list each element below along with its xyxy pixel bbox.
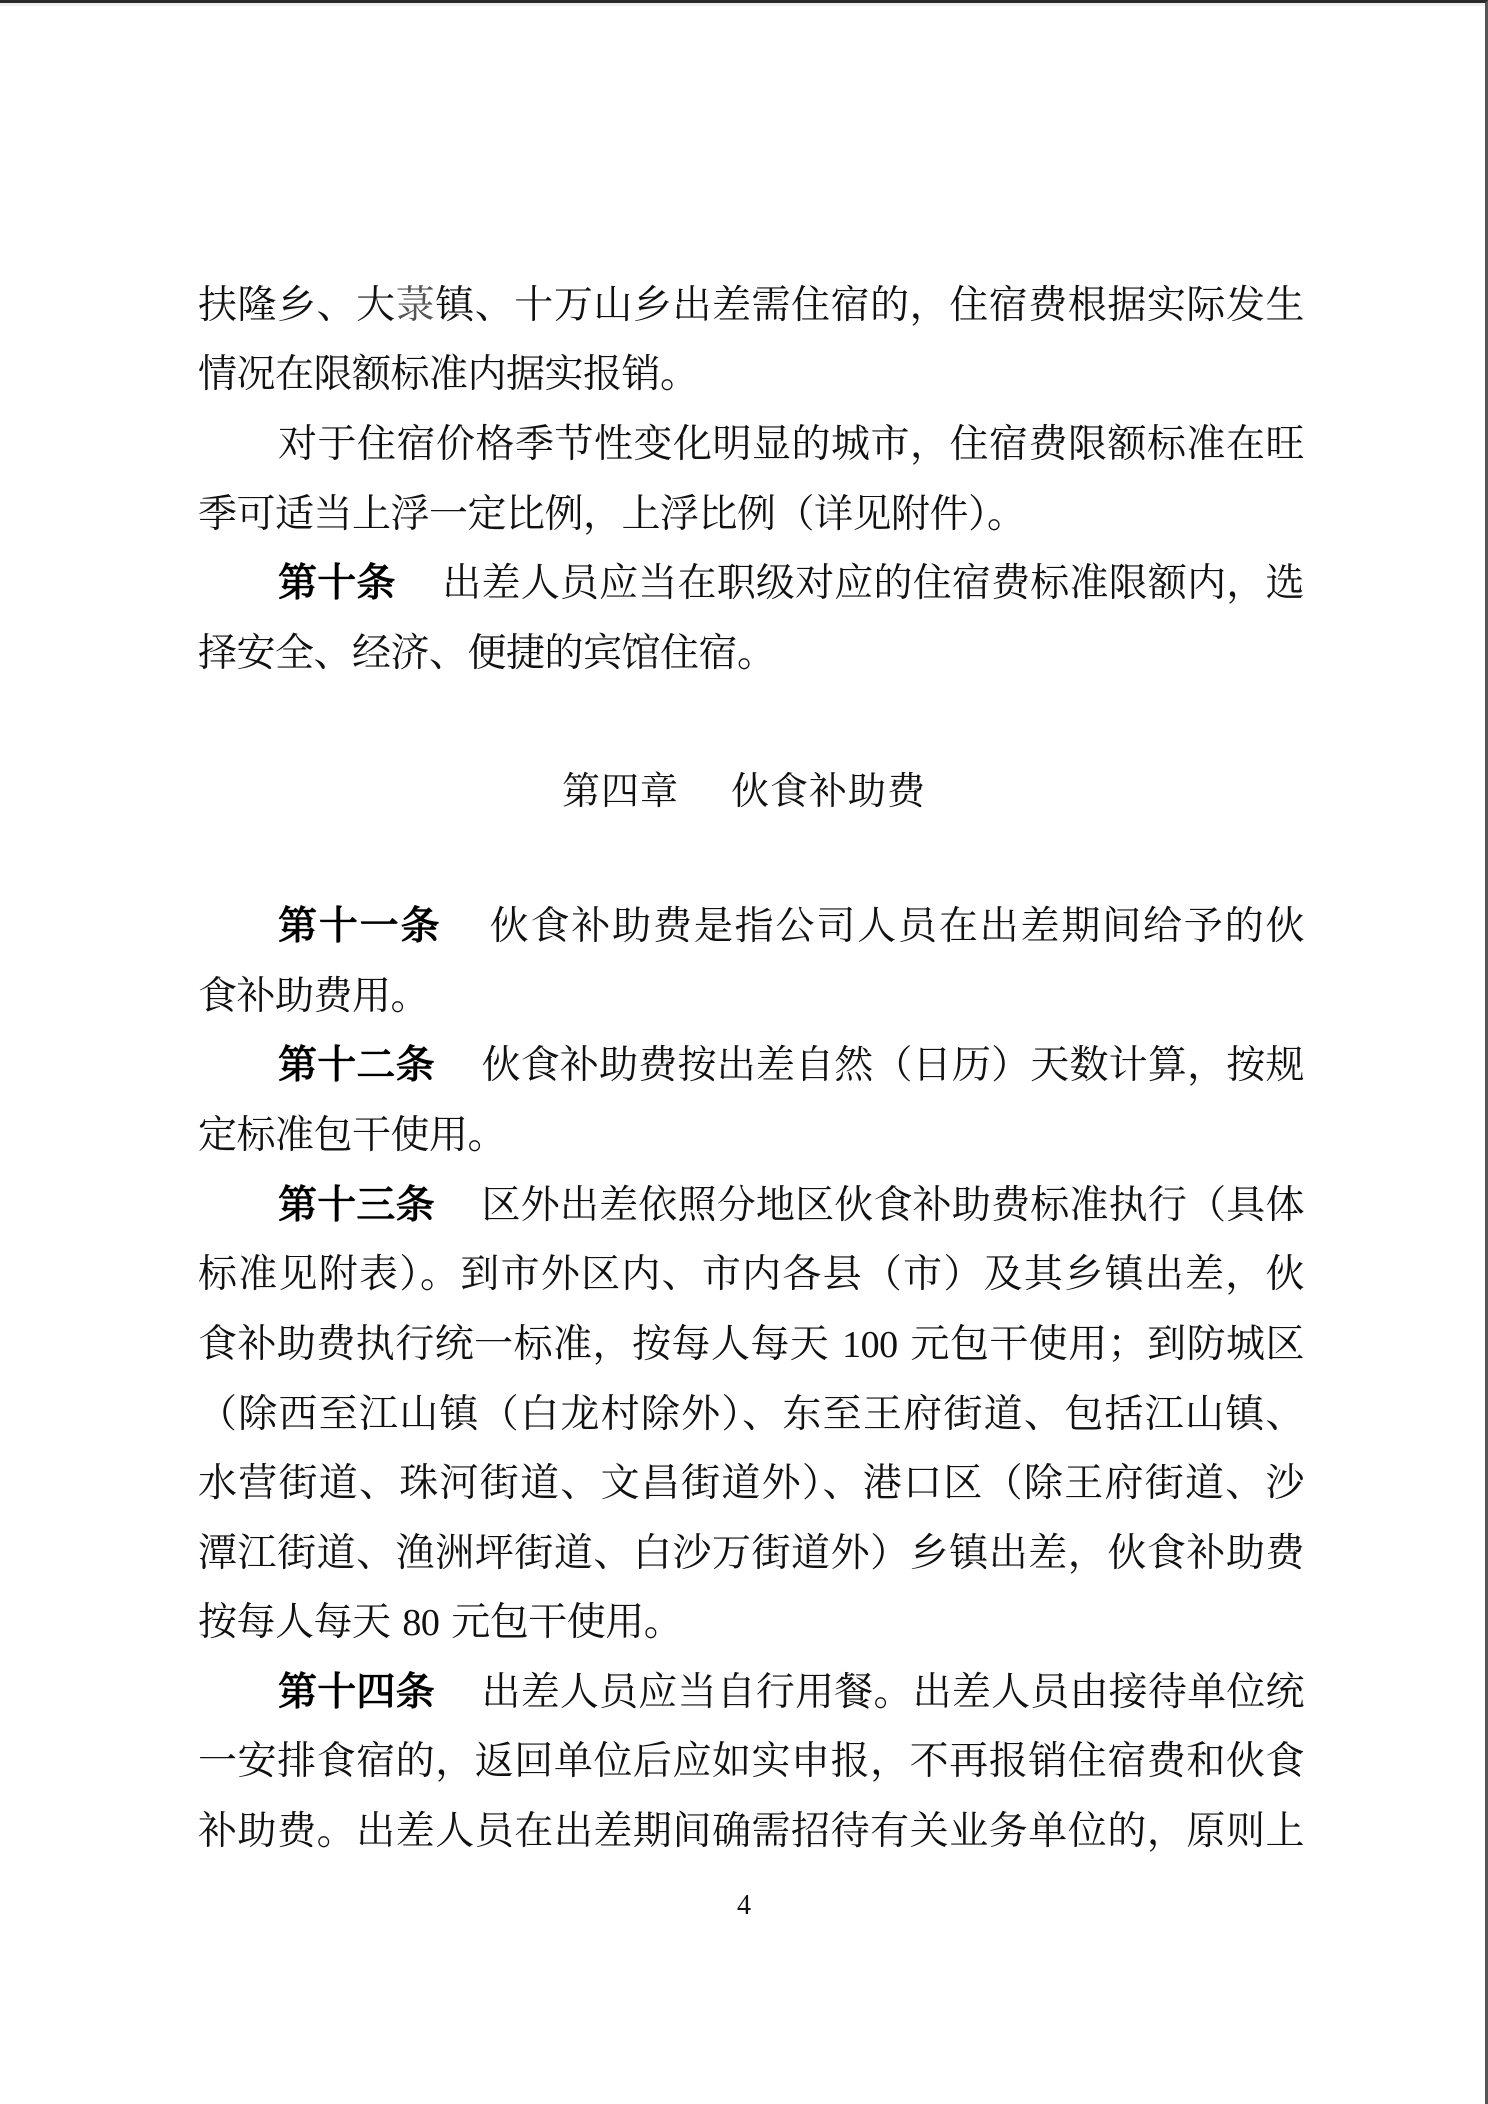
body-line: 潭江街道、渔洲坪街道、白沙万街道外）乡镇出差，伙食补助费 <box>198 1531 1304 1577</box>
article-label: 第十二条 <box>278 1043 435 1088</box>
body-line: 标准见附表）。到市外区内、市内各县（市）及其乡镇出差，伙 <box>198 1252 1304 1298</box>
article-label: 第十条 <box>278 561 396 606</box>
body-line: 食补助费用。 <box>198 974 1304 1020</box>
body-line: 按每人每天 80 元包干使用。 <box>198 1600 1304 1646</box>
article-12-line: 第十二条伙食补助费按出差自然（日历）天数计算，按规 <box>278 1043 1304 1089</box>
chapter-number: 第四章 <box>562 769 679 813</box>
amount-80: 80 <box>402 1602 439 1644</box>
article-11-line: 第十一条伙食补助费是指公司人员在出差期间给予的伙 <box>278 904 1304 950</box>
body-line: 水营街道、珠河街道、文昌街道外）、港口区（除王府街道、沙 <box>198 1461 1304 1507</box>
document-page: 扶隆乡、大菉镇、十万山乡出差需住宿的，住宿费根据实际发生 情况在限额标准内据实报… <box>0 0 1488 2104</box>
article-13-line: 第十三条区外出差依照分地区伙食补助费标准执行（具体 <box>278 1183 1304 1229</box>
body-line: 扶隆乡、大菉镇、十万山乡出差需住宿的，住宿费根据实际发生 <box>198 283 1304 329</box>
body-line: （除西至江山镇（白龙村除外）、东至王府街道、包括江山镇、 <box>198 1392 1304 1438</box>
text-run: 出差人员应当自行用餐。出差人员由接待单位统 <box>481 1670 1304 1715</box>
body-line: 定标准包干使用。 <box>198 1113 1304 1159</box>
text-run: 元包干使用；到防城区 <box>898 1322 1304 1367</box>
article-14-line: 第十四条出差人员应当自行用餐。出差人员由接待单位统 <box>278 1670 1304 1716</box>
article-label: 第十三条 <box>278 1183 435 1228</box>
body-line: 择安全、经济、便捷的宾馆住宿。 <box>198 631 1304 677</box>
body-line: 补助费。出差人员在出差期间确需招待有关业务单位的，原则上 <box>198 1809 1304 1855</box>
body-line: 对于住宿价格季节性变化明显的城市，住宿费限额标准在旺 <box>278 422 1304 468</box>
body-line: 食补助费执行统一标准，按每人每天 100 元包干使用；到防城区 <box>198 1322 1304 1368</box>
chapter-heading: 第四章伙食补助费 <box>0 768 1488 814</box>
text-run: 元包干使用。 <box>439 1600 682 1645</box>
text-run: 伙食补助费按出差自然（日历）天数计算，按规 <box>481 1043 1304 1088</box>
body-line: 一安排食宿的，返回单位后应如实申报，不再报销住宿费和伙食 <box>198 1739 1304 1785</box>
body-line: 季可适当上浮一定比例，上浮比例（详见附件）。 <box>198 492 1304 538</box>
page-number: 4 <box>0 1891 1488 1921</box>
amount-100: 100 <box>842 1324 898 1366</box>
text-run: 伙食补助费是指公司人员在出差期间给予的伙 <box>487 904 1304 949</box>
article-label: 第十四条 <box>278 1670 435 1715</box>
text-run: 按每人每天 <box>198 1600 402 1645</box>
chapter-title: 伙食补助费 <box>731 769 926 813</box>
body-line: 情况在限额标准内据实报销。 <box>198 352 1304 398</box>
text-run: 扶隆乡、大 <box>198 283 396 328</box>
text-run: 镇、十万山乡出差需住宿的，住宿费根据实际发生 <box>435 283 1304 328</box>
article-label: 第十一条 <box>278 904 441 949</box>
text-run: 出差人员应当在职级对应的住宿费标准限额内，选 <box>442 561 1304 606</box>
rare-character: 菉 <box>396 283 436 328</box>
article-10-line: 第十条出差人员应当在职级对应的住宿费标准限额内，选 <box>278 561 1304 607</box>
text-run: 区外出差依照分地区伙食补助费标准执行（具体 <box>481 1183 1304 1228</box>
text-run: 食补助费执行统一标准，按每人每天 <box>198 1322 842 1367</box>
